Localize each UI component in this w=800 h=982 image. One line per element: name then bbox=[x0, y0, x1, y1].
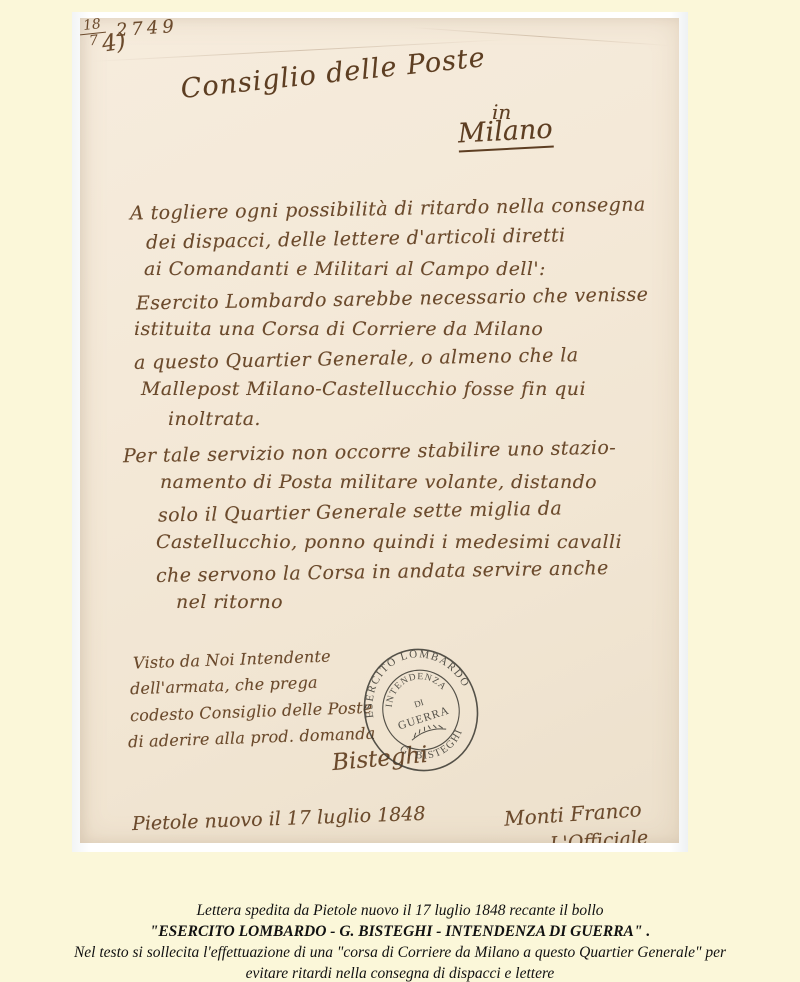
page-background: 4) 18 7 2749 Consiglio delle Poste in Mi… bbox=[0, 0, 800, 982]
body-paragraph1-line: a questo Quartier Generale, o almeno che… bbox=[134, 344, 579, 374]
body-paragraph2-line: nel ritorno bbox=[176, 591, 283, 613]
body-paragraph1-line: Mallepost Milano-Castellucchio fosse fin… bbox=[141, 378, 586, 400]
letter-heading-line1: Consiglio delle Poste bbox=[179, 42, 487, 105]
date-fraction: 18 7 bbox=[80, 18, 107, 50]
body-paragraph1-line: dei dispacci, delle lettere d'articoli d… bbox=[146, 224, 566, 253]
official-signature-name: Monti Franco bbox=[503, 797, 642, 831]
registry-number: 2749 bbox=[115, 18, 178, 41]
date-fraction-denominator: 7 bbox=[89, 34, 99, 50]
body-paragraph1-line: ai Comandanti e Militari al Campo dell': bbox=[144, 258, 546, 280]
caption-line2: "ESERCITO LOMBARDO - G. BISTEGHI - INTEN… bbox=[0, 921, 800, 942]
caption: Lettera spedita da Pietole nuovo il 17 l… bbox=[0, 900, 800, 982]
letter-paper: 4) 18 7 2749 Consiglio delle Poste in Mi… bbox=[80, 18, 679, 843]
body-paragraph2-line: Per tale servizio non occorre stabilire … bbox=[123, 437, 616, 468]
visto-note-line: dell'armata, che prega bbox=[130, 673, 318, 699]
letter-heading-line3: Milano bbox=[457, 114, 553, 153]
body-paragraph1-line: A togliere ogni possibilità di ritardo n… bbox=[130, 194, 646, 225]
body-paragraph2-line: solo il Quartier Generale sette miglia d… bbox=[158, 497, 562, 526]
body-paragraph1-line: inoltrata. bbox=[168, 408, 261, 430]
body-paragraph1-line: Esercito Lombardo sarebbe necessario che… bbox=[136, 284, 649, 315]
place-date-line: Pietole nuovo il 17 luglio 1848 bbox=[132, 803, 426, 835]
visto-note-line: codesto Consiglio delle Poste bbox=[130, 698, 373, 725]
caption-line4: evitare ritardi nella consegna di dispac… bbox=[0, 963, 800, 982]
stamp-text-di: DI bbox=[413, 697, 425, 709]
caption-line3: Nel testo si sollecita l'effettuazione d… bbox=[0, 942, 800, 963]
body-paragraph2-line: che servono la Corsa in andata servire a… bbox=[156, 557, 609, 587]
registry-annotation: 18 7 2749 bbox=[80, 18, 679, 49]
body-paragraph1-line: istituita una Corsa di Corriere da Milan… bbox=[134, 318, 543, 340]
visto-note-line: di aderire alla prod. domanda bbox=[128, 724, 376, 752]
stamp-text-guerra: GUERRA bbox=[397, 705, 451, 733]
caption-line1: Lettera spedita da Pietole nuovo il 17 l… bbox=[0, 900, 800, 921]
body-paragraph2-line: Castellucchio, ponno quindi i medesimi c… bbox=[156, 531, 622, 553]
official-signature-title: L'Officiale bbox=[549, 827, 649, 843]
body-paragraph2-line: namento di Posta militare volante, dista… bbox=[160, 471, 597, 493]
letter-photo: 4) 18 7 2749 Consiglio delle Poste in Mi… bbox=[72, 12, 688, 852]
visto-note-line: Visto da Noi Intendente bbox=[133, 647, 331, 673]
